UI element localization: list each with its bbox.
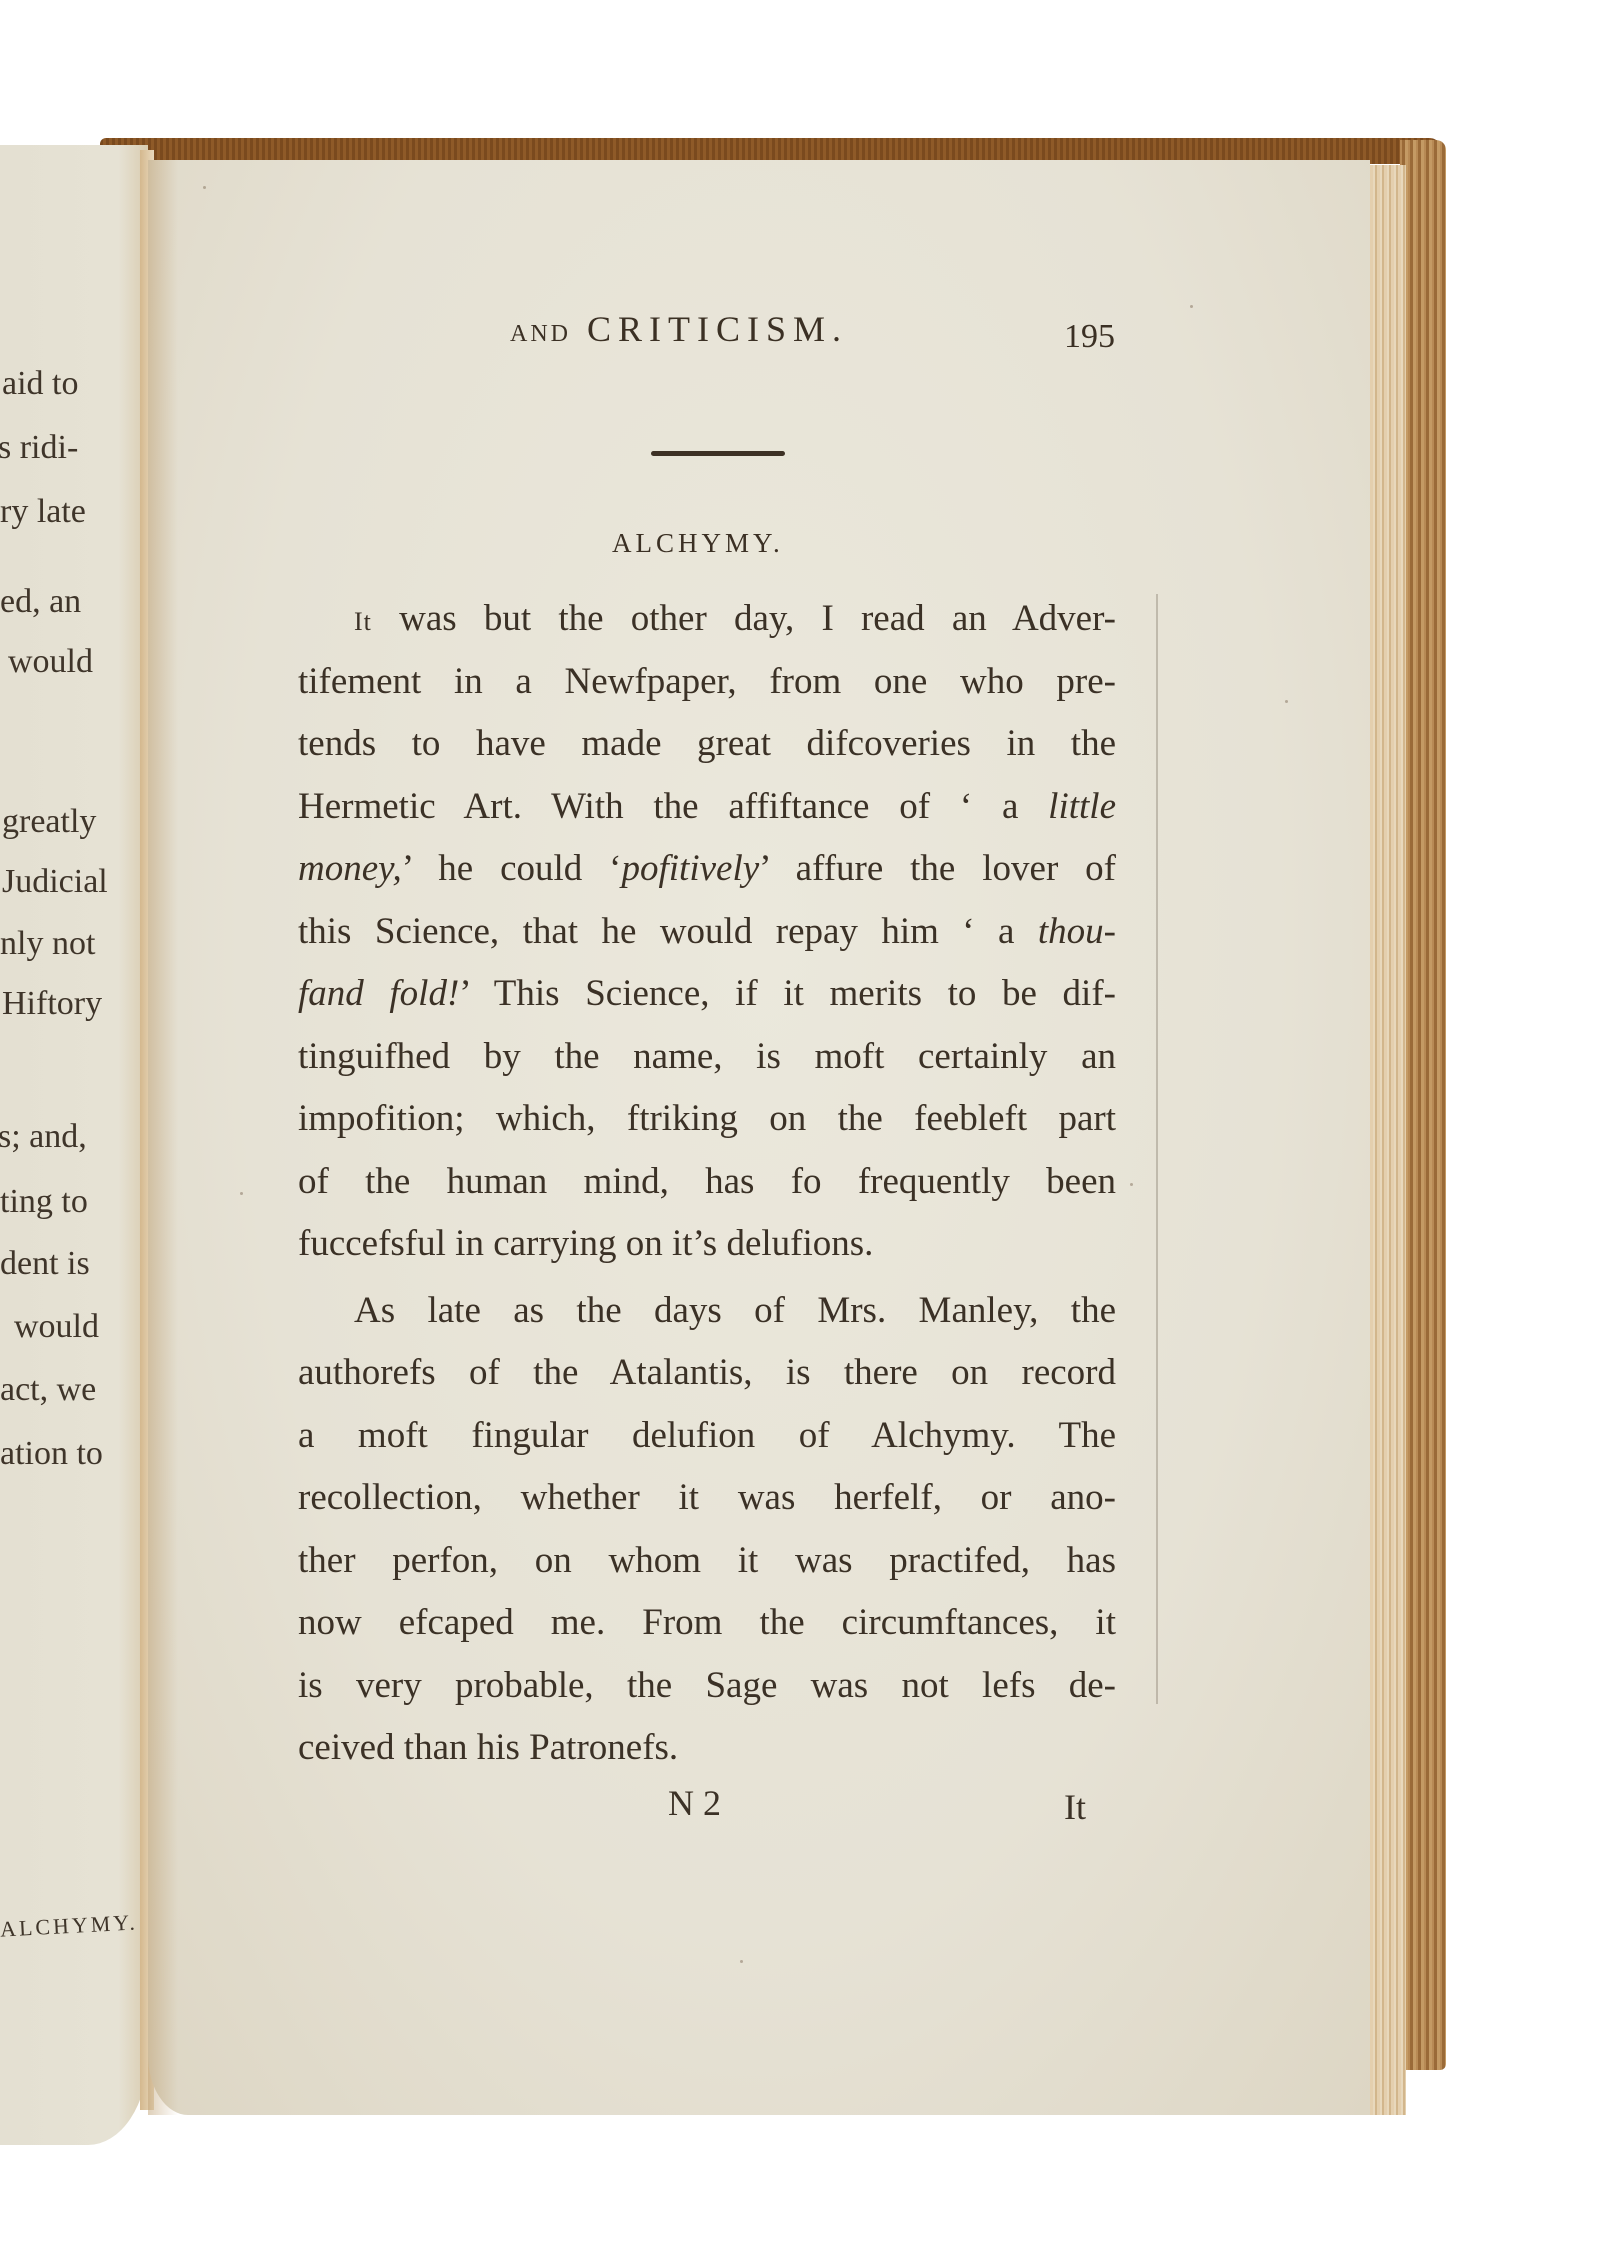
left-page-line: ting to (0, 1185, 88, 1219)
text-line: As late as the days of Mrs. Manley, the (298, 1280, 1116, 1343)
left-page-line: s; and, (0, 1120, 87, 1154)
section-rule (651, 451, 785, 456)
text-line: recollection, whether it was herfelf, or… (298, 1467, 1116, 1530)
text-line: ther perfon, on whom it was practifed, h… (298, 1530, 1116, 1593)
text-line: tifement in a Newfpaper, from one who pr… (298, 651, 1116, 714)
text-line: a moft fingular delufion of Alchymy. The (298, 1405, 1116, 1468)
left-page-line: s ridi- (0, 431, 78, 465)
text-line: impofition; which, ftriking on the feebl… (298, 1088, 1116, 1151)
signature-mark: N 2 (668, 1782, 721, 1824)
book-photograph: aid to s ridi- ry late ed, an would grea… (0, 0, 1600, 2255)
left-page-line: would (14, 1310, 99, 1344)
left-page-line: would (8, 645, 93, 679)
text-line: is very probable, the Sage was not lefs … (298, 1655, 1116, 1718)
left-page-line: Hiftory (2, 987, 102, 1021)
left-page-line: ry late (0, 495, 86, 529)
running-head-title: CRITICISM. (587, 309, 848, 349)
running-head-small: AND (510, 321, 571, 347)
left-page-line: ed, an (0, 585, 81, 619)
catchword: It (1064, 1786, 1086, 1828)
left-page-line: act, we (0, 1373, 96, 1407)
body-text: It was but the other day, I read an Adve… (298, 588, 1116, 1780)
text-line: money,’ he could ‘pofitively’ affure the… (298, 838, 1116, 901)
text-line: this Science, that he would repay him ‘ … (298, 901, 1116, 964)
page-number: 195 (1064, 318, 1115, 356)
text-line: ceived than his Patronefs. (298, 1717, 1116, 1780)
paper-speck (1190, 305, 1193, 308)
left-running-footer: ALCHYMY. (0, 1909, 138, 1942)
text-line: now efcaped me. From the circumftances, … (298, 1592, 1116, 1655)
running-head: ANDCRITICISM. (510, 308, 848, 350)
text-line: of the human mind, has fo frequently bee… (298, 1151, 1116, 1214)
text-line: Hermetic Art. With the affiftance of ‘ a… (298, 776, 1116, 839)
paper-speck (1130, 1183, 1133, 1186)
text-line: fuccefsful in carrying on it’s delufions… (298, 1213, 1116, 1276)
left-page-line: Judicial (2, 865, 108, 899)
book-cover-edge (1400, 140, 1446, 2070)
text-line: tinguifhed by the name, is moft certainl… (298, 1026, 1116, 1089)
left-page-line: dent is (0, 1247, 90, 1281)
text-line: tends to have made great difcoveries in … (298, 713, 1116, 776)
gutter-shadow (148, 160, 178, 2115)
left-page-line: greatly (2, 805, 96, 839)
paper-speck (203, 186, 206, 189)
paper-speck (240, 1192, 243, 1195)
left-page-line: ation to (0, 1437, 103, 1471)
left-page-line: aid to (2, 367, 78, 401)
left-page: aid to s ridi- ry late ed, an would grea… (0, 145, 148, 2145)
margin-mark (1156, 594, 1158, 1704)
text-line: authorefs of the Atalantis, is there on … (298, 1342, 1116, 1405)
paper-speck (1285, 700, 1288, 703)
section-title: ALCHYMY. (612, 528, 784, 559)
text-line: It was but the other day, I read an Adve… (298, 588, 1116, 651)
text-line: fand fold!’ This Science, if it merits t… (298, 963, 1116, 1026)
left-page-line: nly not (0, 927, 95, 961)
page-fore-edge (1366, 165, 1406, 2115)
paper-speck (740, 1960, 743, 1963)
